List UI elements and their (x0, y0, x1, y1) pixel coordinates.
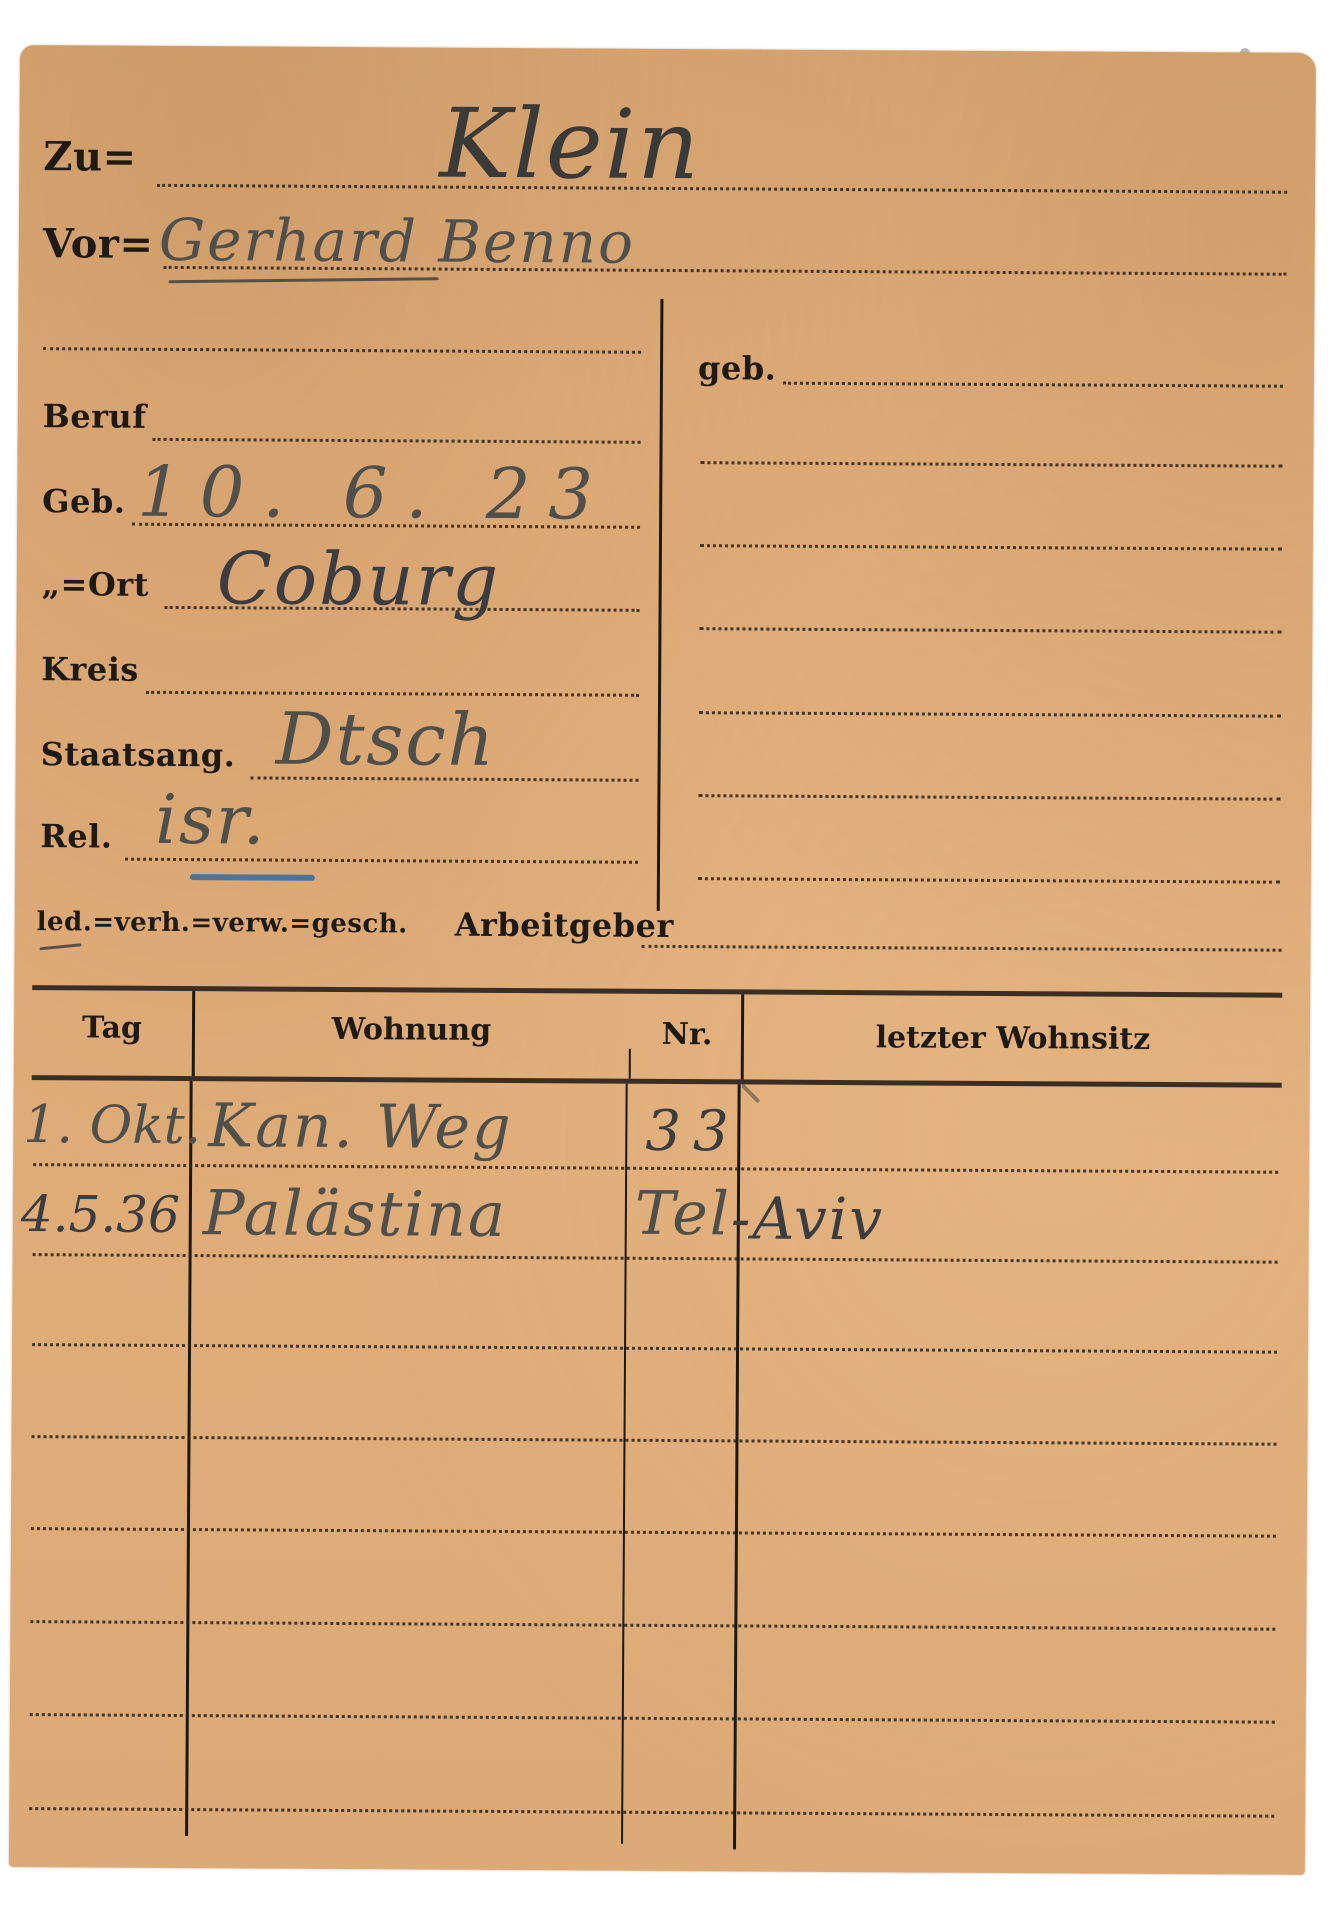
column-header-nr: Nr. (632, 1017, 742, 1053)
row2-tag: 4.5.36 (21, 1185, 180, 1244)
firstname-underline (169, 277, 439, 283)
row-line-6 (30, 1620, 1275, 1631)
religion-label: Rel. (40, 817, 112, 855)
birthdate-value: 10. 6. 23 (137, 451, 611, 536)
birthdate-label: Geb. (42, 482, 125, 521)
birthplace-label: „=Ort (42, 565, 149, 604)
row-line-3 (32, 1343, 1277, 1354)
district-label: Kreis (41, 650, 139, 689)
born-label: geb. (698, 349, 776, 387)
column-header-tag: Tag (32, 1010, 192, 1046)
firstname-value: Gerhard Benno (159, 206, 636, 277)
row1-tag: 1. Okt. (23, 1095, 201, 1156)
header-divider-wohnung (629, 1049, 631, 1079)
citizenship-label: Staatsang. (41, 735, 236, 774)
employer-line (641, 945, 1281, 952)
religion-value: isr. (155, 781, 267, 861)
right-blank-line-5 (698, 794, 1280, 801)
row1-wohnung: Kan. Weg (208, 1091, 513, 1163)
marital-status-options: led.=verh.=verw.=gesch. (37, 907, 408, 939)
firstname-label: Vor= (43, 220, 154, 268)
employer-label: Arbeitgeber (455, 906, 674, 945)
surname-label: Zu= (43, 133, 137, 181)
district-line (146, 691, 639, 697)
row2-last-residence: -Aviv (731, 1184, 885, 1253)
surname-line (157, 184, 1287, 194)
right-blank-line-2 (700, 544, 1282, 551)
row2-nr: Tel (635, 1179, 731, 1250)
body-divider-tag (185, 1081, 193, 1836)
row2-wohnung: Palästina (203, 1176, 508, 1251)
table-header-rule (32, 1075, 1282, 1088)
row-line-7 (30, 1713, 1275, 1724)
table-top-rule (32, 985, 1282, 998)
row-line-2 (33, 1253, 1278, 1264)
row-line-4 (31, 1435, 1276, 1446)
citizenship-value: Dtsch (276, 697, 497, 782)
surname-value: Klein (439, 88, 701, 202)
right-blank-line-1 (700, 461, 1282, 468)
registration-card: Zu= Klein Vor= Gerhard Benno Beruf Geb. … (9, 45, 1316, 1875)
ink-mark (741, 1084, 761, 1104)
row-line-1 (33, 1163, 1278, 1174)
row-line-5 (31, 1527, 1276, 1538)
row1-nr: 33 (645, 1099, 741, 1165)
born-line (783, 382, 1283, 388)
right-blank-line-4 (699, 711, 1281, 718)
blank-line-upper (43, 347, 641, 354)
blue-underline-mark (190, 874, 315, 881)
occupation-line (153, 438, 641, 444)
row-line-8 (29, 1807, 1274, 1818)
marital-status-underline-led (39, 943, 81, 950)
right-blank-line-3 (699, 627, 1281, 634)
column-header-last-residence: letzter Wohnsitz (744, 1019, 1282, 1057)
right-blank-line-6 (698, 877, 1280, 884)
occupation-label: Beruf (43, 397, 147, 436)
birthplace-value: Coburg (216, 536, 500, 622)
body-divider-wohnung (621, 1084, 628, 1844)
column-header-wohnung: Wohnung (194, 1011, 629, 1049)
upper-column-divider (657, 299, 664, 911)
